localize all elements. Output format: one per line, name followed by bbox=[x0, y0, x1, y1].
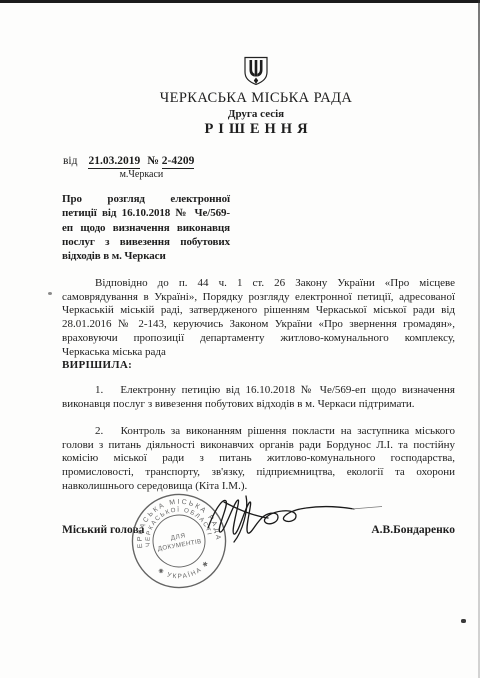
document-header: ЧЕРКАСЬКА МІСЬКА РАДА Друга сесія РІШЕНН… bbox=[16, 56, 480, 138]
title-line: еп щодо визначення виконавця bbox=[62, 221, 230, 235]
text-line: голови з питань діяльності виконавчих ор… bbox=[62, 439, 455, 453]
text-line: виконавця послуг з вивезення побутових в… bbox=[62, 398, 455, 412]
text-line: Черкаська міська рада bbox=[62, 346, 455, 360]
ukraine-trident-emblem-icon bbox=[243, 56, 269, 86]
text-line: 1. Електронну петицію від 16.10.2018 № Ч… bbox=[62, 384, 455, 398]
document-number: 2-4209 bbox=[162, 155, 195, 169]
text-line: 28.01.2016 № 2-143, керуючись Законом Ук… bbox=[62, 318, 455, 332]
text-line: самоврядування в Україні», Порядку розгл… bbox=[62, 291, 455, 305]
title-line: петиції від 16.10.2018 № Че/569- bbox=[62, 206, 230, 220]
organization-name: ЧЕРКАСЬКА МІСЬКА РАДА bbox=[16, 90, 480, 107]
city-label: м.Черкаси bbox=[88, 169, 194, 180]
document-title: Про розгляд електронної петиції від 16.1… bbox=[62, 192, 230, 263]
date-prefix-label: від bbox=[63, 155, 77, 167]
document-date: 21.03.2019 bbox=[88, 155, 140, 169]
resolution-item-2: 2. Контроль за виконанням рішення поклас… bbox=[62, 425, 455, 494]
session-label: Друга сесія bbox=[16, 108, 480, 120]
preamble-paragraph: Відповідно до п. 44 ч. 1 ст. 26 Закону У… bbox=[62, 277, 455, 373]
number-sign: № bbox=[147, 155, 159, 167]
resolution-item-1: 1. Електронну петицію від 16.10.2018 № Ч… bbox=[62, 384, 455, 411]
date-number-row: від21.03.2019№2-4209 м.Черкаси bbox=[63, 155, 194, 180]
handwritten-signature bbox=[194, 488, 386, 548]
text-line: комісію міської ради з питань житлово-ко… bbox=[62, 452, 455, 466]
text-line: 2. Контроль за виконанням рішення поклас… bbox=[62, 425, 455, 439]
title-line: Про розгляд електронної bbox=[62, 192, 230, 206]
text-line: промисловості, транспорту, зв'язку, підп… bbox=[62, 466, 455, 480]
scan-speck bbox=[48, 292, 52, 295]
scan-speck bbox=[461, 619, 466, 623]
document-type-title: РІШЕННЯ bbox=[16, 121, 480, 138]
title-line: послуг з вивезення побутових bbox=[62, 235, 230, 249]
resolved-label: ВИРІШИЛА: bbox=[62, 359, 455, 373]
text-line: Відповідно до п. 44 ч. 1 ст. 26 Закону У… bbox=[62, 277, 455, 291]
document-page: ЧЕРКАСЬКА МІСЬКА РАДА Друга сесія РІШЕНН… bbox=[0, 0, 480, 678]
text-line: Черкаській міській раді, затвердженого р… bbox=[62, 304, 455, 318]
scan-edge-top bbox=[0, 0, 480, 3]
title-line: відходів в м. Черкаси bbox=[62, 249, 230, 263]
text-line: враховуючи пропозиції департаменту житло… bbox=[62, 332, 455, 346]
